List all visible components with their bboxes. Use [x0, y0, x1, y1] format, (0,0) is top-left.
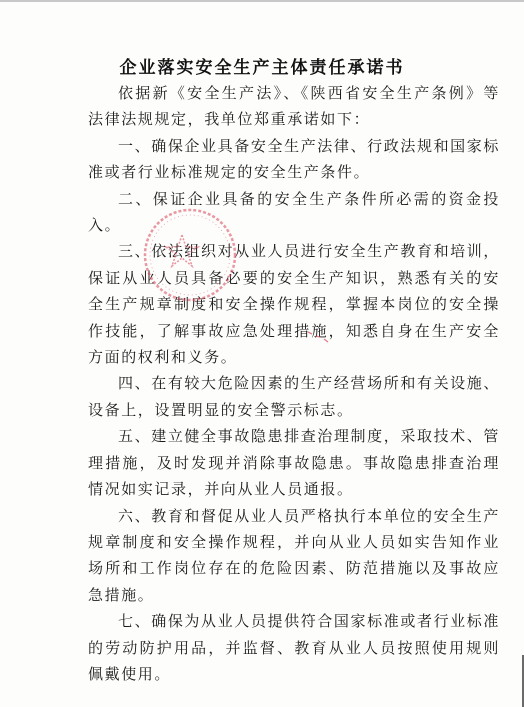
commitment-item-7: 七、确保为从业人员提供符合国家标准或者行业标准的劳动防护用品，并监督、教育从业人… — [88, 608, 500, 687]
commitment-item-2: 二、保证企业具备的安全生产条件所必需的资金投入。 — [88, 186, 500, 239]
scanned-document-page: 企业落实安全生产主体责任承诺书 依据新《安全生产法》、《陕西省安全生产条例》等法… — [0, 0, 524, 707]
document-body: 依据新《安全生产法》、《陕西省安全生产条例》等法律法规规定，我单位郑重承诺如下：… — [88, 80, 500, 687]
commitment-item-6: 六、教育和督促从业人员严格执行本单位的安全生产规章制度和安全操作规程，并向从业人… — [88, 503, 500, 609]
commitment-item-1: 一、确保企业具备安全生产法律、行政法规和国家标准或者行业标准规定的安全生产条件。 — [88, 133, 500, 186]
commitment-item-3: 三、依法组织对从业人员进行安全生产教育和培训，保证从业人员具备必要的安全生产知识… — [88, 238, 500, 370]
document-title: 企业落实安全生产主体责任承诺书 — [0, 53, 524, 78]
intro-paragraph: 依据新《安全生产法》、《陕西省安全生产条例》等法律法规规定，我单位郑重承诺如下： — [88, 80, 500, 133]
commitment-item-5: 五、建立健全事故隐患排查治理制度，采取技术、管理措施，及时发现并消除事故隐患。事… — [88, 423, 500, 502]
commitment-item-4: 四、在有较大危险因素的生产经营场所和有关设施、设备上，设置明显的安全警示标志。 — [88, 370, 500, 423]
